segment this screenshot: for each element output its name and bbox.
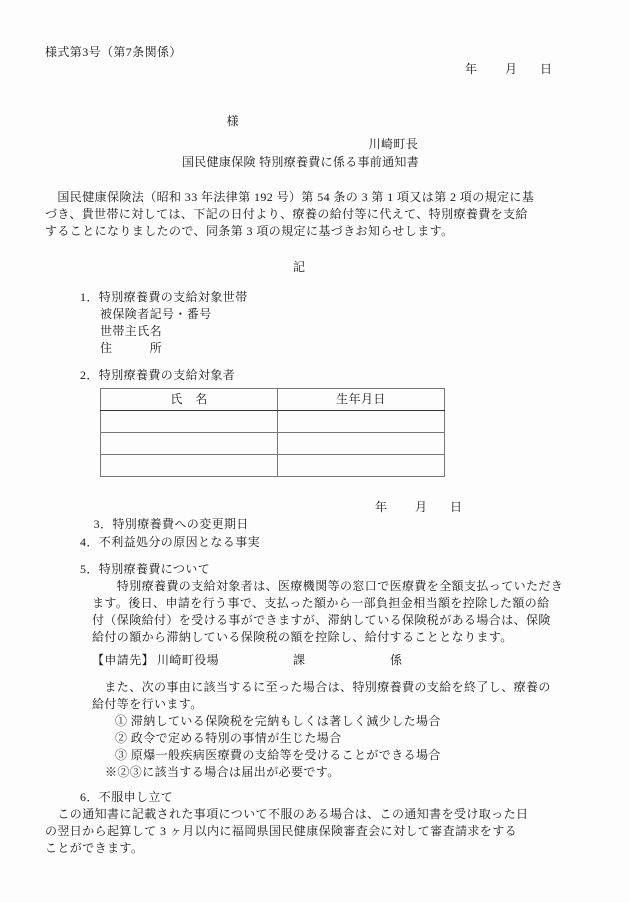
paragraph-line: 給付等を行います。	[92, 696, 585, 713]
form-number: 様式第3号（第7条関係）	[45, 44, 585, 61]
issue-date-day-label: 日	[540, 61, 552, 78]
ki-marker: 記	[293, 259, 585, 276]
section-5-paragraph-2: また、次の事由に該当するに至った場合は、特別療養費の支給を終了し、療養の 給付等…	[45, 679, 585, 713]
section-5-heading: 5．特別療養費について	[80, 561, 585, 578]
section-6-paragraph: この通知書に記載された事項について不服のある場合は、この通知書を受け取った日 の…	[45, 806, 585, 857]
table-cell-birthdate-empty	[278, 455, 445, 477]
intro-line: 国民健康保険法（昭和 33 年法律第 192 号）第 54 条の 3 第 1 項…	[45, 189, 585, 206]
change-date-month-label: 月	[415, 499, 427, 516]
change-date-day-label: 日	[450, 499, 462, 516]
issue-date-line: 年 月 日	[45, 61, 585, 78]
termination-condition-list: ① 滞納している保険税を完納もしくは著しく減少した場合 ② 政令で定める特別の事…	[45, 713, 585, 764]
application-office-name: 川崎町役場	[157, 652, 219, 669]
table-header-birthdate: 生年月日	[278, 389, 445, 411]
paragraph-line: の翌日から起算して 3 ヶ月以内に福岡県国民健康保険審査会に対して審査請求をする	[45, 823, 585, 840]
list-item-3: ③ 原爆一般疾病医療費の支給等を受けることができる場合	[115, 747, 585, 764]
field-householder-name: 世帯主氏名	[100, 323, 585, 340]
sender-line: 川崎町長	[45, 119, 585, 136]
document-page: 様式第3号（第7条関係） 年 月 日 様 川崎町長 国民健康保険 特別療養費に係…	[0, 0, 630, 903]
paragraph-line: ことができます。	[45, 840, 585, 857]
recipients-table: 氏 名 生年月日	[100, 388, 445, 477]
table-header-row: 氏 名 生年月日	[101, 389, 445, 411]
section-4-heading: 4．不利益処分の原因となる事実	[80, 534, 585, 551]
list-item-2: ② 政令で定める特別の事情が生じた場合	[115, 730, 585, 747]
addressee-line: 様	[45, 96, 585, 113]
section-5: 5．特別療養費について 特別療養費の支給対象者は、医療機関等の窓口で医療費を全額…	[45, 561, 585, 781]
table-header-name: 氏 名	[101, 389, 278, 411]
notification-note: ※②③に該当する場合は届出が必要です。	[105, 764, 585, 781]
table-cell-birthdate-empty	[278, 411, 445, 433]
section-3-heading: 3．特別療養費への変更期日	[94, 517, 249, 531]
section-2-heading: 2．特別療養費の支給対象者	[80, 367, 585, 384]
document-title: 国民健康保険 特別療養費に係る事前通知書	[182, 154, 585, 171]
section-1: 1．特別療養費の支給対象世帯 被保険者記号・番号 世帯主氏名 住 所	[45, 289, 585, 357]
section-1-heading: 1．特別療養費の支給対象世帯	[80, 289, 585, 306]
table-row	[101, 455, 445, 477]
issue-date-year-label: 年	[465, 61, 477, 78]
paragraph-line: この通知書に記載された事項について不服のある場合は、この通知書を受け取った日	[45, 806, 585, 823]
sender-name: 川崎町長	[369, 137, 419, 151]
section-6: 6．不服申し立て この通知書に記載された事項について不服のある場合は、この通知書…	[45, 789, 585, 857]
intro-paragraph: 国民健康保険法（昭和 33 年法律第 192 号）第 54 条の 3 第 1 項…	[45, 189, 585, 240]
table-row	[101, 433, 445, 455]
paragraph-line: 給付の額から滞納している保険税の額を控除し、給付することとなります。	[92, 629, 585, 646]
issue-date-month-label: 月	[505, 61, 517, 78]
paragraph-line: 特別療養費の支給対象者は、医療機関等の窓口で医療費を全額支払っていただき	[92, 578, 585, 595]
table-cell-name-empty	[101, 455, 278, 477]
table-row	[101, 411, 445, 433]
paragraph-line: ます。後日、申請を行う事で、支払った額から一部負担金相当額を控除した額の給	[92, 595, 585, 612]
paragraph-line: また、次の事由に該当するに至った場合は、特別療養費の支給を終了し、療養の	[92, 679, 585, 696]
list-item-1: ① 滞納している保険税を完納もしくは著しく減少した場合	[115, 713, 585, 730]
intro-line: することになりましたので、同条第 3 項の規定に基づきお知らせします。	[45, 223, 585, 240]
table-cell-name-empty	[101, 411, 278, 433]
section-2: 2．特別療養費の支給対象者 氏 名 生年月日	[45, 367, 585, 477]
change-date-year-label: 年	[375, 499, 387, 516]
intro-line: づき、貴世帯に対しては、下記の日付より、療養の給付等に代えて、特別療養費を支給	[45, 206, 585, 223]
paragraph-line: 付（保険給付）を受ける事ができますが、滞納している保険税がある場合は、保険	[92, 612, 585, 629]
section-5-paragraph-1: 特別療養費の支給対象者は、医療機関等の窓口で医療費を全額支払っていただき ます。…	[45, 578, 585, 646]
application-subsection-label: 係	[390, 652, 402, 669]
section-3: 3．特別療養費への変更期日 年 月 日	[45, 499, 585, 516]
field-address: 住 所	[100, 340, 585, 357]
field-insured-symbol-number: 被保険者記号・番号	[100, 306, 585, 323]
table-cell-birthdate-empty	[278, 433, 445, 455]
application-division-label: 課	[293, 652, 305, 669]
table-cell-name-empty	[101, 433, 278, 455]
section-6-heading: 6．不服申し立て	[80, 789, 585, 806]
application-destination-line: 【申請先】 川崎町役場 課 係	[45, 652, 585, 669]
application-destination-label: 【申請先】	[92, 652, 154, 669]
